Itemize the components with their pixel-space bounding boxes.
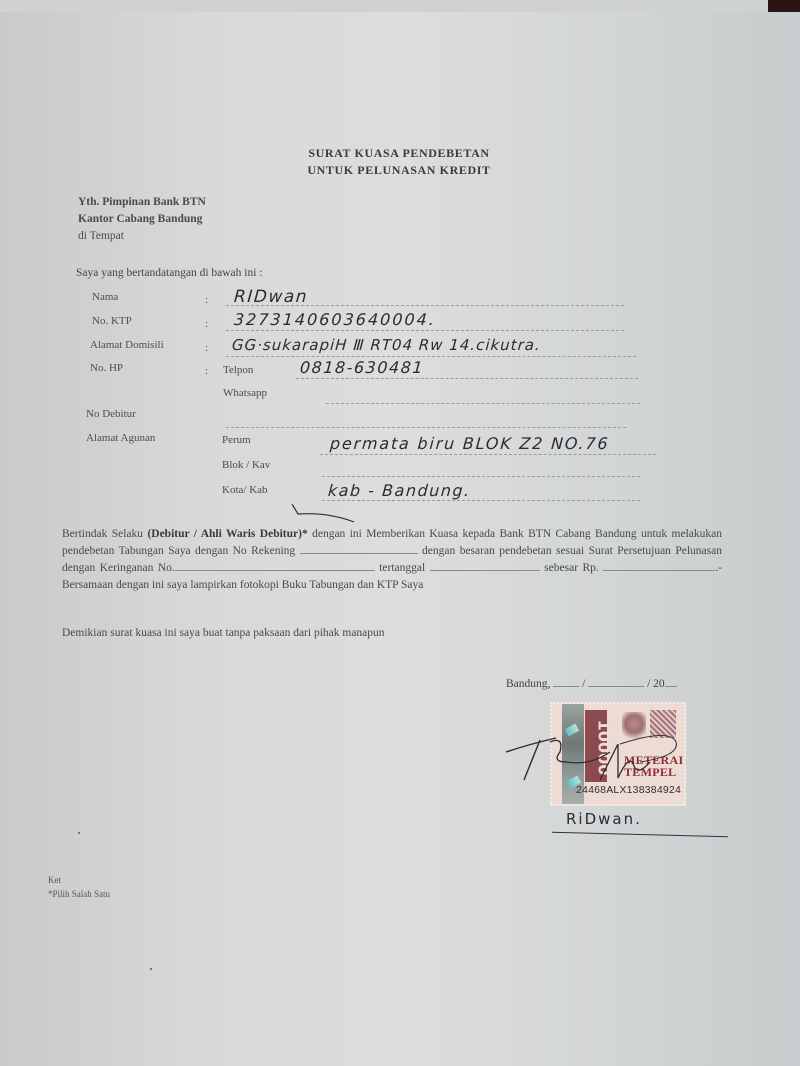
telpon-label: Telpon: [223, 364, 253, 376]
nominal-blank[interactable]: [603, 560, 715, 571]
signature-mark[interactable]: [500, 722, 680, 792]
title-line-2: UNTUK PELUNASAN KREDIT: [0, 162, 800, 179]
keringanan-blank[interactable]: [175, 560, 375, 571]
tanggal-blank[interactable]: [430, 560, 540, 571]
closing-statement: Demikian surat kuasa ini saya buat tanpa…: [62, 627, 385, 639]
agunan-label: Alamat Agunan: [86, 432, 155, 444]
debitur-rule: [226, 427, 626, 428]
hp-label: No. HP: [90, 362, 123, 374]
domisili-label: Alamat Domisili: [90, 339, 164, 351]
ktp-value[interactable]: 3273140603640004.: [233, 310, 436, 329]
date-day[interactable]: [553, 676, 579, 687]
perum-label: Perum: [222, 434, 251, 446]
nama-colon: :: [205, 294, 208, 306]
domisili-value[interactable]: GG·sukarapiH Ⅲ RT04 Rw 14.cikutra.: [231, 336, 541, 354]
pen-mark: [288, 500, 368, 524]
blok-rule: [322, 476, 640, 477]
rekening-blank[interactable]: [300, 543, 418, 554]
nama-rule: [226, 305, 624, 306]
domisili-rule: [226, 356, 636, 357]
domisili-colon: :: [205, 342, 208, 354]
perum-value[interactable]: permata biru BLOK Z2 NO.76: [329, 434, 610, 453]
whatsapp-rule: [326, 403, 640, 404]
authorization-paragraph: Bertindak Selaku (Debitur / Ahli Waris D…: [62, 526, 722, 594]
date-sep-2: / 20: [647, 678, 665, 690]
telpon-rule: [296, 378, 638, 379]
signer-name: RiDwan.: [566, 810, 642, 828]
ktp-label: No. KTP: [92, 315, 132, 327]
title-line-1: SURAT KUASA PENDEBETAN: [0, 145, 800, 162]
whatsapp-label: Whatsapp: [223, 387, 267, 399]
intro-text: Saya yang bertandatangan di bawah ini :: [76, 267, 263, 279]
date-line: Bandung, / / 20: [506, 676, 677, 690]
para-part-1: Bertindak Selaku: [62, 528, 147, 540]
ktp-rule: [226, 330, 624, 331]
paper-speck: [78, 832, 80, 834]
footnote-text: *Pilih Salah Satu: [48, 887, 110, 901]
para-part-4: tertanggal: [375, 562, 430, 574]
perum-rule: [320, 454, 656, 455]
document-title: SURAT KUASA PENDEBETAN UNTUK PELUNASAN K…: [0, 145, 800, 179]
hp-colon: :: [205, 365, 208, 377]
addressee-block: Yth. Pimpinan Bank BTN Kantor Cabang Ban…: [78, 194, 206, 245]
date-city: Bandung,: [506, 678, 550, 690]
kota-value[interactable]: kab - Bandung.: [327, 481, 471, 500]
addressee-line-3: di Tempat: [78, 228, 206, 245]
debitur-label: No Debitur: [86, 408, 136, 420]
date-year[interactable]: [665, 676, 677, 687]
addressee-line-2: Kantor Cabang Bandung: [78, 211, 206, 228]
nama-label: Nama: [92, 291, 118, 303]
footnote-label: Ket: [48, 873, 110, 887]
kota-rule: [322, 500, 640, 501]
blok-label: Blok / Kav: [222, 459, 270, 471]
kota-label: Kota/ Kab: [222, 484, 268, 496]
nama-value[interactable]: RIDwan: [233, 287, 308, 307]
date-month[interactable]: [588, 676, 644, 687]
ktp-colon: :: [205, 318, 208, 330]
footnote: Ket *Pilih Salah Satu: [48, 873, 110, 901]
date-sep-1: /: [582, 678, 585, 690]
addressee-line-1: Yth. Pimpinan Bank BTN: [78, 194, 206, 211]
telpon-value[interactable]: 0818-630481: [299, 358, 424, 377]
para-part-5: sebesar Rp.: [540, 562, 604, 574]
paper-speck: [150, 968, 152, 970]
para-role-options: (Debitur / Ahli Waris Debitur)*: [147, 528, 307, 540]
